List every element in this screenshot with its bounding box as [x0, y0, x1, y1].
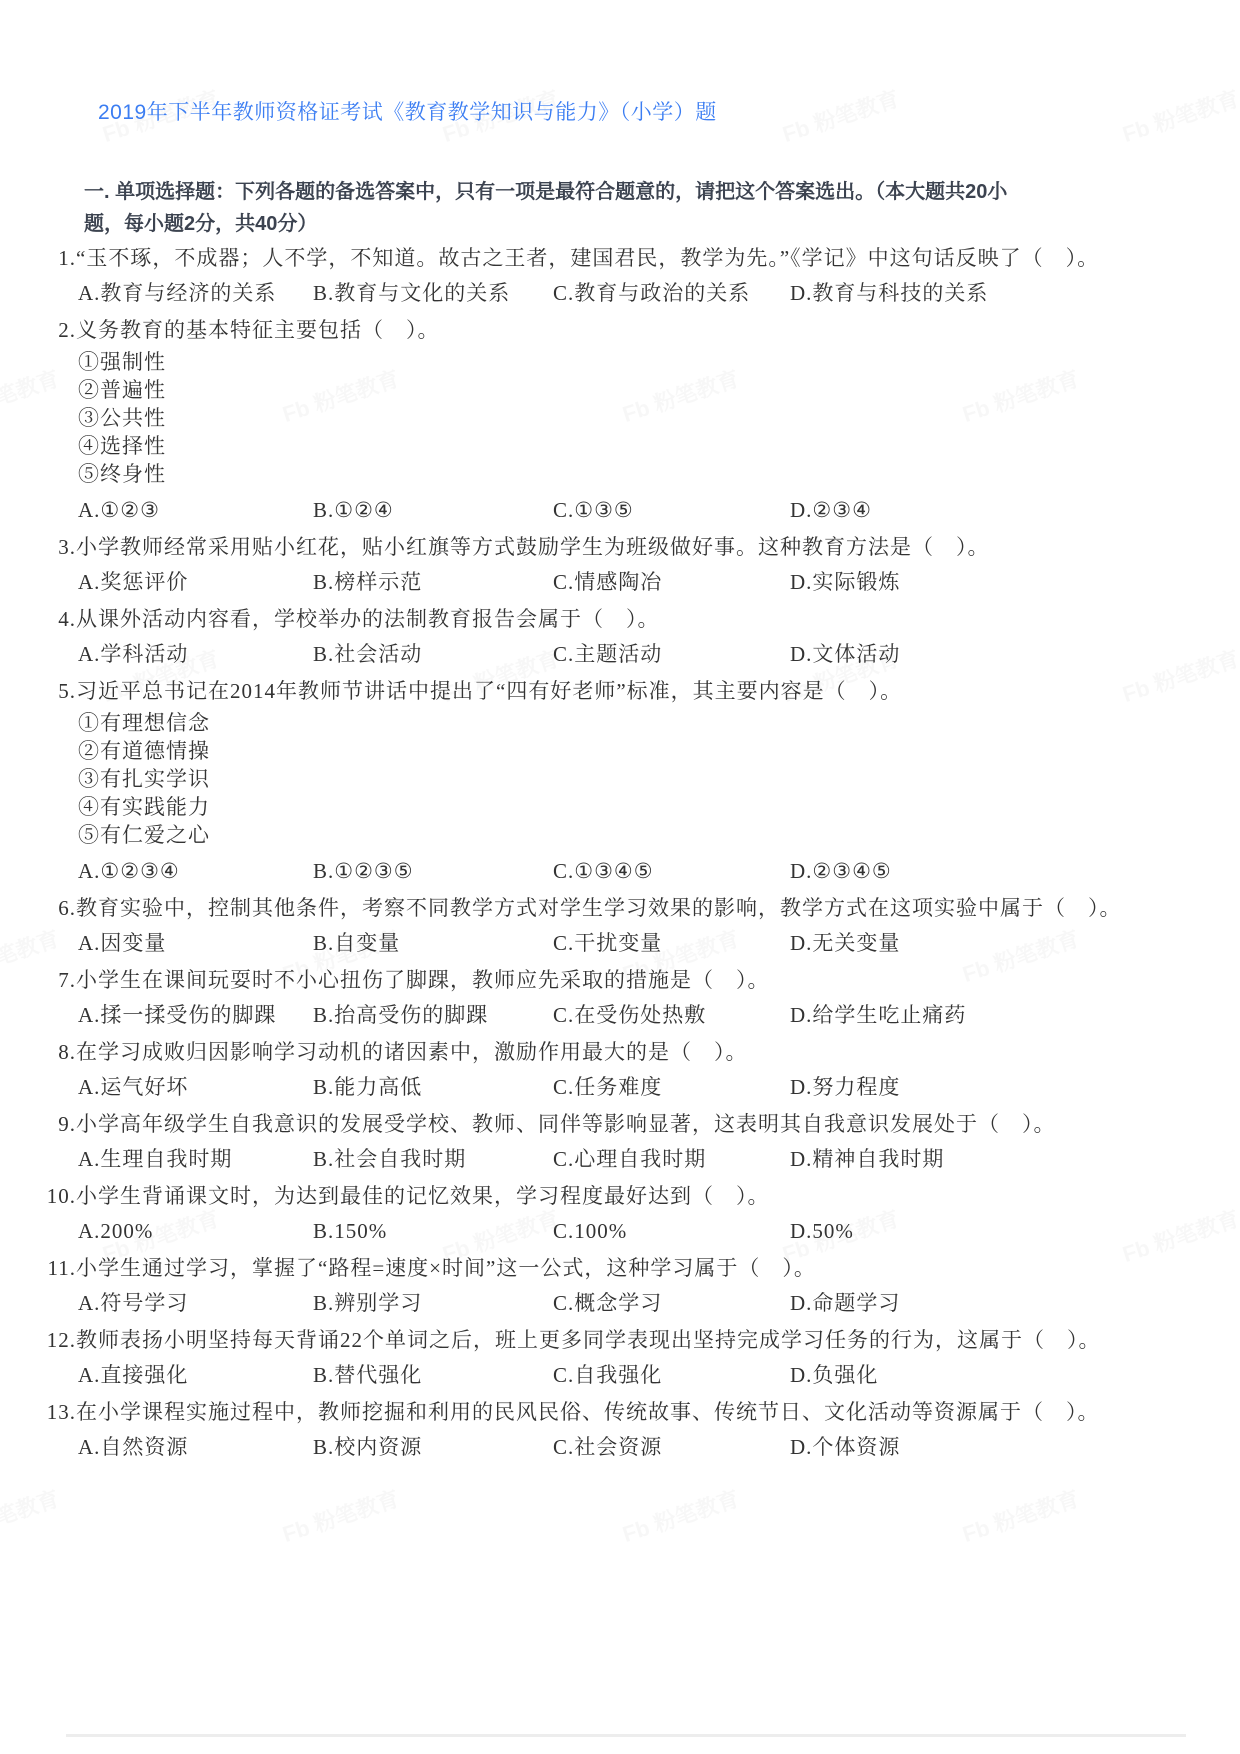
watermark-text: Fb 粉笔教育 — [0, 1482, 63, 1549]
option-cell: A.奖惩评价 — [78, 570, 313, 595]
question-line: 12.教师表扬小明坚持每天背诵22个单词之后，班上更多同学表现出坚持完成学习任务… — [0, 1328, 1240, 1353]
page-title: 2019年下半年教师资格证考试《教育教学知识与能力》（小学）题 — [98, 96, 1240, 126]
option-cell: B.教育与文化的关系 — [313, 281, 553, 306]
option-cell: B.①②④ — [313, 498, 553, 523]
question-options: A.因变量B.自变量C.干扰变量D.无关变量 — [78, 931, 1240, 956]
question-text: 小学高年级学生自我意识的发展受学校、教师、同伴等影响显著，这表明其自我意识发展处… — [76, 1112, 1056, 1137]
question-number: 7. — [0, 968, 76, 993]
option-cell: C.自我强化 — [553, 1363, 790, 1388]
question-text: “玉不琢，不成器；人不学，不知道。故古之王者，建国君民，教学为先。”《学记》中这… — [76, 246, 1099, 271]
question-line: 8.在学习成败归因影响学习动机的诸因素中，激励作用最大的是（ ）。 — [0, 1040, 1240, 1065]
question-block: 8.在学习成败归因影响学习动机的诸因素中，激励作用最大的是（ ）。 A.运气好坏… — [0, 1040, 1240, 1100]
question-line: 10.小学生背诵课文时，为达到最佳的记忆效果，学习程度最好达到（ ）。 — [0, 1184, 1240, 1209]
option-cell: D.个体资源 — [790, 1435, 1240, 1460]
option-cell: B.抬高受伤的脚踝 — [313, 1003, 553, 1028]
question-block: 1.“玉不琢，不成器；人不学，不知道。故古之王者，建国君民，教学为先。”《学记》… — [0, 246, 1240, 306]
option-cell: B.替代强化 — [313, 1363, 553, 1388]
question-number: 4. — [0, 607, 76, 632]
question-text: 小学生背诵课文时，为达到最佳的记忆效果，学习程度最好达到（ ）。 — [76, 1184, 770, 1209]
option-cell: D.无关变量 — [790, 931, 1240, 956]
option-cell: A.直接强化 — [78, 1363, 313, 1388]
question-items: ①有理想信念②有道德情操③有扎实学识④有实践能力⑤有仁爱之心 — [78, 709, 1240, 849]
question-options: A.①②③④B.①②③⑤C.①③④⑤D.②③④⑤ — [78, 859, 1240, 884]
option-cell: C.干扰变量 — [553, 931, 790, 956]
question-number: 8. — [0, 1040, 76, 1065]
question-options: A.200%B.150%C.100%D.50% — [78, 1219, 1240, 1244]
option-cell: A.200% — [78, 1219, 313, 1244]
option-cell: D.50% — [790, 1219, 1240, 1244]
option-cell: A.自然资源 — [78, 1435, 313, 1460]
question-text: 义务教育的基本特征主要包括（ ）。 — [76, 318, 440, 343]
question-item: ⑤终身性 — [78, 460, 1240, 488]
question-line: 11.小学生通过学习，掌握了“路程=速度×时间”这一公式，这种学习属于（ ）。 — [0, 1256, 1240, 1281]
question-number: 13. — [0, 1400, 76, 1425]
option-cell: A.学科活动 — [78, 642, 313, 667]
option-cell: A.运气好坏 — [78, 1075, 313, 1100]
option-cell: D.精神自我时期 — [790, 1147, 1240, 1172]
option-cell: C.任务难度 — [553, 1075, 790, 1100]
question-text: 小学教师经常采用贴小红花，贴小红旗等方式鼓励学生为班级做好事。这种教育方法是（ … — [76, 535, 990, 560]
option-cell: D.命题学习 — [790, 1291, 1240, 1316]
question-item: ②有道德情操 — [78, 737, 1240, 765]
document-page: 2019年下半年教师资格证考试《教育教学知识与能力》（小学）题 一. 单项选择题… — [0, 96, 1240, 1460]
question-text: 在学习成败归因影响学习动机的诸因素中，激励作用最大的是（ ）。 — [76, 1040, 748, 1065]
option-cell: A.生理自我时期 — [78, 1147, 313, 1172]
option-cell: B.辨别学习 — [313, 1291, 553, 1316]
question-text: 教育实验中，控制其他条件，考察不同教学方式对学生学习效果的影响，教学方式在这项实… — [76, 896, 1122, 921]
question-options: A.教育与经济的关系B.教育与文化的关系C.教育与政治的关系D.教育与科技的关系 — [78, 281, 1240, 306]
question-number: 2. — [0, 318, 76, 343]
option-cell: B.校内资源 — [313, 1435, 553, 1460]
option-cell: D.负强化 — [790, 1363, 1240, 1388]
question-number: 3. — [0, 535, 76, 560]
question-line: 5.习近平总书记在2014年教师节讲话中提出了“四有好老师”标准，其主要内容是（… — [0, 679, 1240, 704]
option-cell: D.给学生吃止痛药 — [790, 1003, 1240, 1028]
option-cell: B.社会活动 — [313, 642, 553, 667]
question-options: A.①②③B.①②④C.①③⑤D.②③④ — [78, 498, 1240, 523]
question-block: 7.小学生在课间玩耍时不小心扭伤了脚踝，教师应先采取的措施是（ ）。 A.揉一揉… — [0, 968, 1240, 1028]
option-cell: D.文体活动 — [790, 642, 1240, 667]
option-cell: B.榜样示范 — [313, 570, 553, 595]
question-item: ④选择性 — [78, 432, 1240, 460]
question-item: ④有实践能力 — [78, 793, 1240, 821]
question-options: A.学科活动B.社会活动C.主题活动D.文体活动 — [78, 642, 1240, 667]
question-number: 5. — [0, 679, 76, 704]
watermark-text: Fb 粉笔教育 — [618, 1482, 743, 1549]
option-cell: C.①③④⑤ — [553, 859, 790, 884]
question-number: 11. — [0, 1256, 76, 1281]
option-cell: A.揉一揉受伤的脚踝 — [78, 1003, 313, 1028]
option-cell: D.努力程度 — [790, 1075, 1240, 1100]
question-number: 1. — [0, 246, 76, 271]
question-item: ③公共性 — [78, 404, 1240, 432]
question-text: 小学生在课间玩耍时不小心扭伤了脚踝，教师应先采取的措施是（ ）。 — [76, 968, 770, 993]
option-cell: D.②③④⑤ — [790, 859, 1240, 884]
watermark-text: Fb 粉笔教育 — [278, 1482, 403, 1549]
question-line: 7.小学生在课间玩耍时不小心扭伤了脚踝，教师应先采取的措施是（ ）。 — [0, 968, 1240, 993]
option-cell: A.符号学习 — [78, 1291, 313, 1316]
page-divider — [66, 1734, 1186, 1737]
option-cell: C.在受伤处热敷 — [553, 1003, 790, 1028]
watermark-text: Fb 粉笔教育 — [958, 1482, 1083, 1549]
question-options: A.自然资源B.校内资源C.社会资源D.个体资源 — [78, 1435, 1240, 1460]
question-line: 1.“玉不琢，不成器；人不学，不知道。故古之王者，建国君民，教学为先。”《学记》… — [0, 246, 1240, 271]
question-list: 1.“玉不琢，不成器；人不学，不知道。故古之王者，建国君民，教学为先。”《学记》… — [0, 246, 1240, 1460]
option-cell: A.①②③④ — [78, 859, 313, 884]
option-cell: B.社会自我时期 — [313, 1147, 553, 1172]
question-number: 10. — [0, 1184, 76, 1209]
question-block: 9.小学高年级学生自我意识的发展受学校、教师、同伴等影响显著，这表明其自我意识发… — [0, 1112, 1240, 1172]
question-block: 12.教师表扬小明坚持每天背诵22个单词之后，班上更多同学表现出坚持完成学习任务… — [0, 1328, 1240, 1388]
option-cell: C.社会资源 — [553, 1435, 790, 1460]
option-cell: C.情感陶冶 — [553, 570, 790, 595]
question-text: 教师表扬小明坚持每天背诵22个单词之后，班上更多同学表现出坚持完成学习任务的行为… — [76, 1328, 1101, 1353]
question-items: ①强制性②普遍性③公共性④选择性⑤终身性 — [78, 348, 1240, 488]
question-item: ②普遍性 — [78, 376, 1240, 404]
question-options: A.生理自我时期B.社会自我时期C.心理自我时期D.精神自我时期 — [78, 1147, 1240, 1172]
question-number: 6. — [0, 896, 76, 921]
option-cell: C.①③⑤ — [553, 498, 790, 523]
question-text: 习近平总书记在2014年教师节讲话中提出了“四有好老师”标准，其主要内容是（ ）… — [76, 679, 902, 704]
option-cell: A.因变量 — [78, 931, 313, 956]
option-cell: A.教育与经济的关系 — [78, 281, 313, 306]
question-text: 从课外活动内容看，学校举办的法制教育报告会属于（ ）。 — [76, 607, 660, 632]
option-cell: B.自变量 — [313, 931, 553, 956]
question-options: A.符号学习B.辨别学习C.概念学习D.命题学习 — [78, 1291, 1240, 1316]
option-cell: C.概念学习 — [553, 1291, 790, 1316]
question-line: 6.教育实验中，控制其他条件，考察不同教学方式对学生学习效果的影响，教学方式在这… — [0, 896, 1240, 921]
question-block: 10.小学生背诵课文时，为达到最佳的记忆效果，学习程度最好达到（ ）。 A.20… — [0, 1184, 1240, 1244]
option-cell: B.①②③⑤ — [313, 859, 553, 884]
question-item: ①强制性 — [78, 348, 1240, 376]
question-number: 9. — [0, 1112, 76, 1137]
option-cell: C.心理自我时期 — [553, 1147, 790, 1172]
option-cell: D.教育与科技的关系 — [790, 281, 1240, 306]
question-block: 5.习近平总书记在2014年教师节讲话中提出了“四有好老师”标准，其主要内容是（… — [0, 679, 1240, 884]
question-options: A.直接强化B.替代强化C.自我强化D.负强化 — [78, 1363, 1240, 1388]
question-block: 11.小学生通过学习，掌握了“路程=速度×时间”这一公式，这种学习属于（ ）。 … — [0, 1256, 1240, 1316]
option-cell: B.能力高低 — [313, 1075, 553, 1100]
question-line: 3.小学教师经常采用贴小红花，贴小红旗等方式鼓励学生为班级做好事。这种教育方法是… — [0, 535, 1240, 560]
question-number: 12. — [0, 1328, 76, 1353]
option-cell: C.100% — [553, 1219, 790, 1244]
option-cell: D.实际锻炼 — [790, 570, 1240, 595]
question-options: A.揉一揉受伤的脚踝B.抬高受伤的脚踝C.在受伤处热敷D.给学生吃止痛药 — [78, 1003, 1240, 1028]
question-item: ③有扎实学识 — [78, 765, 1240, 793]
option-cell: C.教育与政治的关系 — [553, 281, 790, 306]
question-item: ⑤有仁爱之心 — [78, 821, 1240, 849]
question-options: A.运气好坏B.能力高低C.任务难度D.努力程度 — [78, 1075, 1240, 1100]
question-line: 4.从课外活动内容看，学校举办的法制教育报告会属于（ ）。 — [0, 607, 1240, 632]
question-line: 13.在小学课程实施过程中，教师挖掘和利用的民风民俗、传统故事、传统节日、文化活… — [0, 1400, 1240, 1425]
option-cell: A.①②③ — [78, 498, 313, 523]
question-text: 小学生通过学习，掌握了“路程=速度×时间”这一公式，这种学习属于（ ）。 — [76, 1256, 816, 1281]
question-block: 4.从课外活动内容看，学校举办的法制教育报告会属于（ ）。 A.学科活动B.社会… — [0, 607, 1240, 667]
question-block: 6.教育实验中，控制其他条件，考察不同教学方式对学生学习效果的影响，教学方式在这… — [0, 896, 1240, 956]
question-block: 13.在小学课程实施过程中，教师挖掘和利用的民风民俗、传统故事、传统节日、文化活… — [0, 1400, 1240, 1460]
question-item: ①有理想信念 — [78, 709, 1240, 737]
question-line: 9.小学高年级学生自我意识的发展受学校、教师、同伴等影响显著，这表明其自我意识发… — [0, 1112, 1240, 1137]
option-cell: C.主题活动 — [553, 642, 790, 667]
question-options: A.奖惩评价B.榜样示范C.情感陶冶D.实际锻炼 — [78, 570, 1240, 595]
option-cell: B.150% — [313, 1219, 553, 1244]
option-cell: D.②③④ — [790, 498, 1240, 523]
question-block: 2.义务教育的基本特征主要包括（ ）。 ①强制性②普遍性③公共性④选择性⑤终身性… — [0, 318, 1240, 523]
section-heading: 一. 单项选择题：下列各题的备选答案中，只有一项是最符合题意的，请把这个答案选出… — [84, 176, 1022, 240]
question-block: 3.小学教师经常采用贴小红花，贴小红旗等方式鼓励学生为班级做好事。这种教育方法是… — [0, 535, 1240, 595]
question-text: 在小学课程实施过程中，教师挖掘和利用的民风民俗、传统故事、传统节日、文化活动等资… — [76, 1400, 1100, 1425]
question-line: 2.义务教育的基本特征主要包括（ ）。 — [0, 318, 1240, 343]
